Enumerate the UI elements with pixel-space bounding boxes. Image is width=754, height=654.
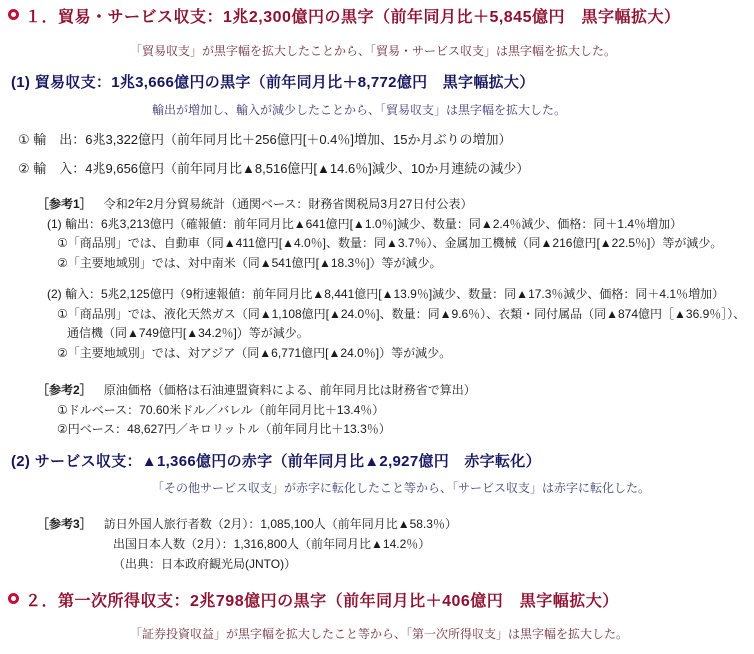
ref2-dollar-base: ①ドルベース：70.60米ドル／バレル（前年同月比＋13.4％） — [37, 401, 748, 421]
section1-heading-text: １．貿易・サービス収支：1兆2,300億円の黒字（前年同月比＋5,845億円 黒… — [25, 9, 680, 26]
ref1-export-by-commodity: ①「商品別」では、自動車（同▲411億円[▲4.0％]、数量：同▲3.7％）、金… — [37, 234, 748, 254]
ref2-yen-base: ②円ベース：48,627円／キロリットル（前年同月比＋13.3％） — [37, 420, 748, 440]
reference2-title-line: ［参考2］原油価格（価格は石油連盟資料による、前年同月比は財務省で算出） — [37, 381, 748, 401]
reference3-title-line: ［参考3］訪日外国人旅行者数（2月）：1,085,100人（前年同月比▲58.3… — [37, 514, 748, 534]
ref1-import-detail: (2) 輸入：5兆2,125億円（9桁速報値：前年同月比▲8,441億円[▲13… — [37, 285, 748, 305]
section2-heading: ２．第一次所得収支：2兆798億円の黒字（前年同月比＋406億円 黒字幅拡大） — [0, 592, 748, 612]
reference1-title-line: ［参考1］令和2年2月分貿易統計（通関ベース：財務省関税局3月27日付公表） — [37, 195, 748, 215]
trade-balance-summary: 輸出が増加し、輸入が減少したことから、「貿易収支」は黒字幅を拡大した。 — [0, 102, 748, 119]
reference2-label: ［参考2］ — [37, 383, 92, 397]
ref1-import-by-commodity: ①「商品別」では、液化天然ガス（同▲1,108億円[▲24.0％]、数量：同▲9… — [37, 305, 748, 344]
ref3-visitors-line: 訪日外国人旅行者数（2月）：1,085,100人（前年同月比▲58.3％） — [104, 517, 457, 531]
services-balance-heading: (2) サービス収支：▲1,366億円の赤字（前年同月比▲2,927億円 赤字転… — [0, 453, 748, 472]
ref3-source-line: （出典：日本政府観光局(JNTO)） — [37, 554, 748, 574]
section1-summary: 「貿易収支」が黒字幅を拡大したことから、「貿易・サービス収支」は黒字幅を拡大した… — [0, 43, 748, 60]
services-balance-summary: 「その他サービス収支」が赤字に転化したこと等から、「サービス収支」は赤字に転化し… — [0, 480, 748, 497]
reference2-block: ［参考2］原油価格（価格は石油連盟資料による、前年同月比は財務省で算出） ①ドル… — [0, 381, 748, 440]
red-ring-bullet-icon — [8, 593, 19, 604]
ref1-export-by-region: ②「主要地域別」では、対中南米（同▲541億円[▲18.3％]）等が減少。 — [37, 254, 748, 274]
exports-line: ① 輸 出：6兆3,322億円（前年同月比＋256億円[＋0.4％]増加、15か… — [0, 131, 748, 150]
red-ring-bullet-icon — [8, 9, 19, 20]
section2-heading-text: ２．第一次所得収支：2兆798億円の黒字（前年同月比＋406億円 黒字幅拡大） — [25, 593, 619, 610]
section1-heading: １．貿易・サービス収支：1兆2,300億円の黒字（前年同月比＋5,845億円 黒… — [0, 8, 748, 28]
section2-summary: 「証券投資収益」が黒字幅を拡大したこと等から、「第一次所得収支」は黒字幅を拡大し… — [0, 626, 748, 643]
report-page: １．貿易・サービス収支：1兆2,300億円の黒字（前年同月比＋5,845億円 黒… — [0, 0, 754, 654]
ref1-import-by-region: ②「主要地域別」では、対アジア（同▲6,771億円[▲24.0％]）等が減少。 — [37, 344, 748, 364]
reference1-title: 令和2年2月分貿易統計（通関ベース：財務省関税局3月27日付公表） — [104, 197, 473, 211]
ref3-departures-line: 出国日本人数（2月）：1,316,800人（前年同月比▲14.2％） — [37, 534, 748, 554]
trade-balance-heading: (1) 貿易収支：1兆3,666億円の黒字（前年同月比＋8,772億円 黒字幅拡… — [0, 74, 748, 93]
reference2-title: 原油価格（価格は石油連盟資料による、前年同月比は財務省で算出） — [104, 383, 476, 397]
reference3-label: ［参考3］ — [37, 517, 92, 531]
reference1-block: ［参考1］令和2年2月分貿易統計（通関ベース：財務省関税局3月27日付公表） (… — [0, 195, 748, 363]
ref1-export-detail: (1) 輸出：6兆3,213億円（確報値：前年同月比▲641億円[▲1.0％]減… — [37, 215, 748, 235]
reference1-label: ［参考1］ — [37, 197, 92, 211]
reference3-block: ［参考3］訪日外国人旅行者数（2月）：1,085,100人（前年同月比▲58.3… — [0, 514, 748, 574]
imports-line: ② 輸 入：4兆9,656億円（前年同月比▲8,516億円[▲14.6％]減少、… — [0, 160, 748, 179]
